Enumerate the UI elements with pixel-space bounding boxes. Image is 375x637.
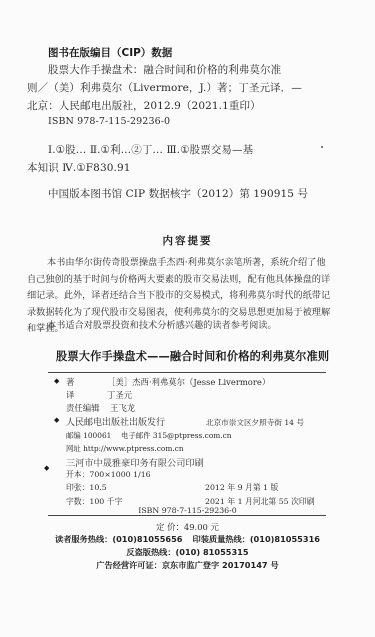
cip-title: 图书在版编目（CIP）数据: [48, 45, 172, 60]
divider: [48, 372, 326, 373]
summary-title: 内容提要: [0, 233, 375, 248]
cip-isbn: ISBN 978-7-115-29236-0: [48, 116, 170, 127]
editor-value: 王飞龙: [110, 402, 135, 414]
author-label: 著: [66, 376, 74, 388]
cip-record-number: 中国版本图书馆 CIP 数据核字（2012）第 190915 号: [48, 186, 308, 201]
publisher-address: 北京市崇文区夕照寺街 14 号: [206, 417, 304, 428]
website: 网址 http://www.ptpress.com.cn: [66, 443, 184, 454]
reader-hotline: 读者服务热线：(010)81055656: [55, 534, 182, 544]
translator-value: 丁圣元: [107, 389, 132, 401]
cip-line: 北京：人民邮电出版社，2012.9（2021.1重印）: [27, 98, 261, 113]
cip-line: 则／（美）利弗莫尔（Livermore，J.）著；丁圣元译．—: [27, 80, 302, 95]
translator-label: 译: [66, 389, 74, 401]
ad-license: 广告经营许可证：京东市监广登字 20170147 号: [0, 560, 375, 571]
bullet-icon: ◆: [44, 464, 49, 472]
colophon-book-title: 股票大作手操盘术——融合时间和价格的利弗莫尔准则: [56, 348, 329, 364]
email: 电子邮件 315@ptpress.com.cn: [121, 430, 232, 441]
price: 定 价：49.00 元: [0, 521, 375, 533]
printed-sheets: 印张：10.5: [66, 482, 107, 493]
hotlines-row: 读者服务热线：(010)81055656印装质量热线：(010)81055316: [0, 534, 375, 545]
author-value: ［美］杰西·利弗莫尔（Jesse Livermore）: [107, 376, 270, 388]
format: 开本：700×1000 1/16: [66, 469, 151, 480]
summary-paragraph: 本书适合对股票投资和技术分析感兴趣的读者参考阅读。: [27, 318, 332, 335]
editor-label: 责任编辑: [66, 402, 100, 414]
bullet-icon: ◆: [54, 416, 59, 424]
stray-dot: [321, 146, 323, 148]
edition: 2012 年 9 月第 1 版: [205, 482, 278, 493]
cip-classification: Ⅰ.①股… Ⅱ.①利…②丁… Ⅲ.①股票交易—基: [48, 142, 253, 157]
isbn: ISBN 978-7-115-29236-0: [0, 506, 375, 515]
antipiracy-hotline: 反盗版热线：(010) 81055315: [0, 547, 375, 558]
cip-classification: 本知识 Ⅳ.①F830.91: [27, 160, 131, 175]
cip-line: 股票大作手操盘术：融合时间和价格的利弗莫尔准: [48, 62, 281, 77]
printer: 三河市中晟雅豪印务有限公司印刷: [66, 455, 204, 469]
publisher: 人民邮电出版社出版发行: [66, 415, 165, 428]
bullet-icon: ◆: [54, 377, 59, 385]
quality-hotline: 印装质量热线：(010)81055316: [193, 534, 320, 544]
divider: [48, 515, 326, 516]
postal-code: 邮编 100061: [66, 430, 111, 441]
copyright-page: 图书在版编目（CIP）数据 股票大作手操盘术：融合时间和价格的利弗莫尔准 则／（…: [0, 0, 375, 637]
